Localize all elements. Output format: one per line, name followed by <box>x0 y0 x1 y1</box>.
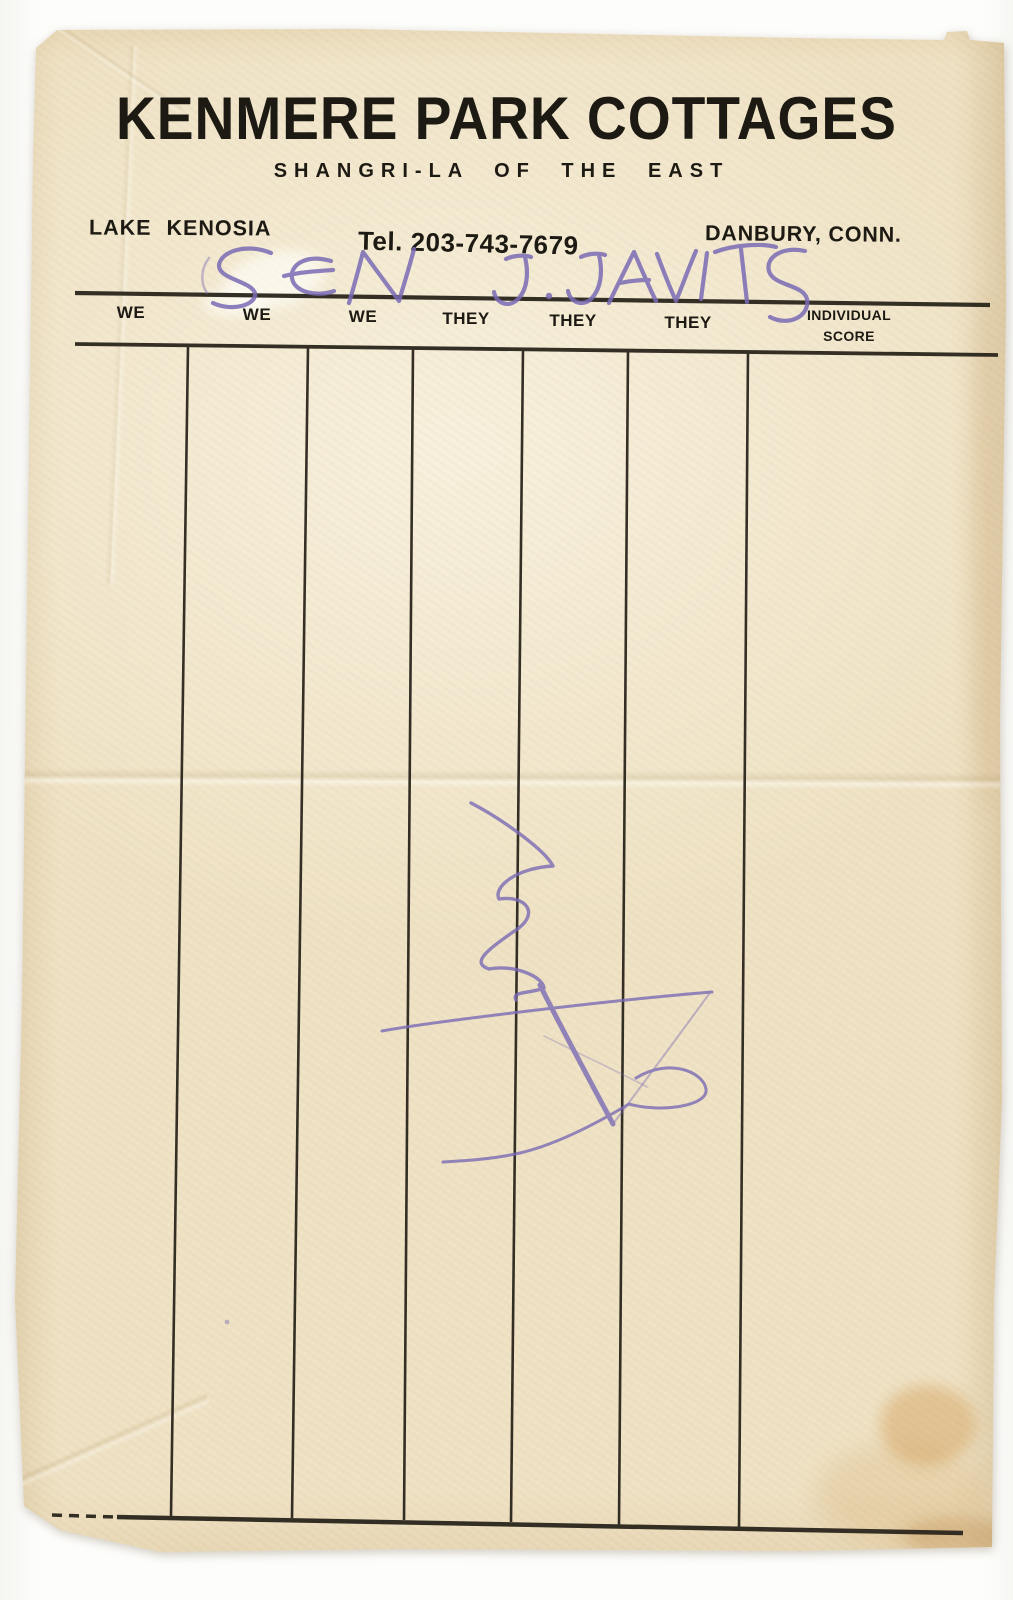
column-line <box>619 350 628 1525</box>
signature-stroke <box>613 994 709 1124</box>
stain <box>880 1385 975 1465</box>
letter-I <box>701 253 707 299</box>
letter-A <box>609 252 656 303</box>
scanned-score-sheet: KENMERE PARK COTTAGES SHANGRI-LA OF THE … <box>0 0 1013 1600</box>
letter-A-bar <box>620 280 649 283</box>
page-title: KENMERE PARK COTTAGES <box>116 84 897 153</box>
letter-V <box>657 251 696 301</box>
letter-E <box>292 259 334 294</box>
signature-stroke <box>544 1036 647 1087</box>
page-title-row: KENMERE PARK COTTAGES <box>0 84 1013 153</box>
location-left: LAKE KENOSIA <box>89 216 272 242</box>
letter-S <box>213 249 271 308</box>
stain <box>972 290 998 810</box>
signature-stroke <box>540 985 613 1124</box>
signature-stroke <box>443 1068 706 1162</box>
column-line <box>511 349 523 1522</box>
column-header: WE <box>91 303 171 323</box>
bottom-left-crease <box>0 1392 211 1498</box>
letter-J <box>568 255 601 303</box>
column-header: WE <box>323 307 403 327</box>
signature-stroke <box>382 992 712 1031</box>
column-header: THEY <box>648 313 728 333</box>
signature-stroke <box>471 803 553 1000</box>
pen-mark <box>202 258 209 293</box>
letter-J <box>581 254 605 257</box>
location-right: DANBURY, CONN. <box>705 221 902 248</box>
stain <box>815 1445 985 1545</box>
pen-speck <box>225 1320 230 1325</box>
column-line <box>292 347 308 1518</box>
page-subtitle: SHANGRI-LA OF THE EAST <box>0 160 1003 183</box>
letter-E-bar <box>284 270 333 276</box>
letter-J <box>494 257 527 304</box>
top-rule <box>75 293 990 305</box>
paper-sheet: KENMERE PARK COTTAGES SHANGRI-LA OF THE … <box>0 0 1013 1600</box>
paper-shadow-wrap: KENMERE PARK COTTAGES SHANGRI-LA OF THE … <box>0 0 1013 1600</box>
stain <box>903 1518 1013 1556</box>
horizontal-fold-crease <box>0 768 1013 790</box>
bottom-rule <box>117 1517 963 1533</box>
column-header: THEY <box>533 311 613 331</box>
bottom-rule-dashed <box>52 1515 115 1517</box>
phone-number: Tel. 203-743-7679 <box>358 226 579 262</box>
letter-T <box>741 249 747 302</box>
column-line <box>404 348 413 1520</box>
column-line <box>171 346 188 1516</box>
column-header: THEY <box>426 309 506 329</box>
column-line <box>739 351 748 1528</box>
column-header: WE <box>217 305 297 325</box>
column-header: INDIVIDUAL SCORE <box>789 305 909 347</box>
period-dot <box>546 293 552 299</box>
